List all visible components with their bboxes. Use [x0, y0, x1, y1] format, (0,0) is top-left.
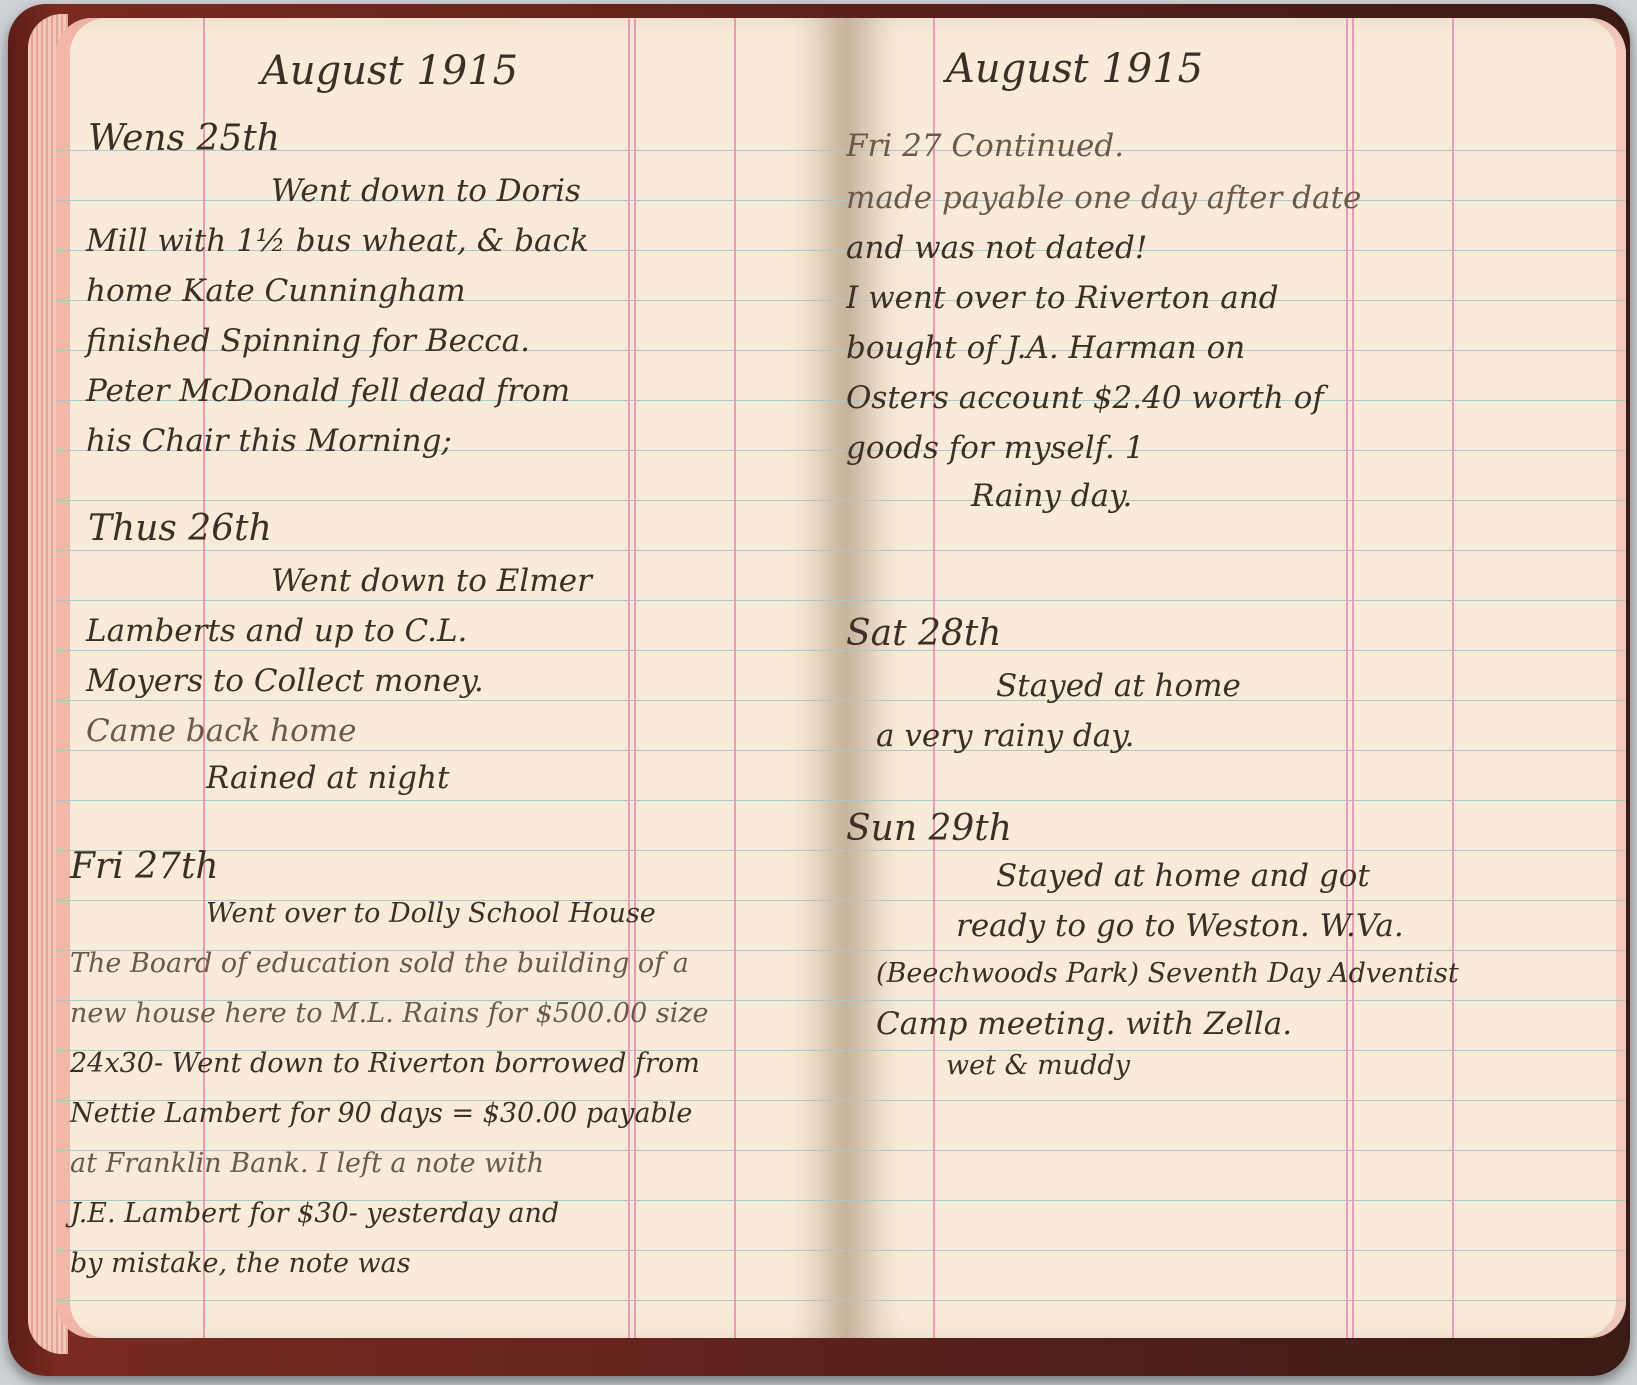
entry-line: Went down to Doris	[271, 173, 581, 209]
entry-line: ready to go to Weston. W.Va.	[956, 908, 1404, 944]
entry-line: finished Spinning for Becca.	[86, 323, 530, 359]
entry-line: Went down to Elmer	[271, 563, 592, 599]
entry-line: The Board of education sold the building…	[70, 948, 689, 979]
ruled-line	[56, 700, 846, 701]
entry-line: by mistake, the note was	[70, 1248, 411, 1279]
ruled-line	[846, 550, 1626, 551]
entry-line: Camp meeting. with Zella.	[876, 1006, 1292, 1042]
entry-line: bought of J.A. Harman on	[846, 330, 1245, 366]
ruled-line	[846, 900, 1626, 901]
entry-line: Stayed at home and got	[996, 858, 1370, 894]
entry-line: goods for myself. 1	[846, 430, 1144, 466]
margin-rule	[933, 18, 935, 1338]
ruled-line	[56, 750, 846, 751]
entry-line: Mill with 1½ bus wheat, & back	[86, 223, 589, 259]
entry-date: Sun 29th	[846, 808, 1012, 849]
ruled-line	[846, 1200, 1626, 1201]
entry-date: Fri 27 Continued.	[846, 128, 1124, 164]
entry-line: (Beechwoods Park) Seventh Day Adventist	[876, 958, 1459, 989]
entry-line: home Kate Cunningham	[86, 273, 466, 309]
entry-date: Thus 26th	[88, 508, 272, 549]
entry-line: Nettie Lambert for 90 days = $30.00 paya…	[70, 1098, 692, 1129]
entry-line: Rainy day.	[971, 478, 1132, 514]
entry-date: Wens 25th	[88, 118, 280, 159]
entry-line: I went over to Riverton and	[846, 280, 1279, 316]
ruled-line	[846, 950, 1626, 951]
margin-rule	[634, 18, 636, 1338]
diary-book: August 1915 Wens 25th Went down to Doris…	[8, 4, 1630, 1376]
entry-line: J.E. Lambert for $30- yesterday and	[70, 1198, 559, 1229]
entry-line: and was not dated!	[846, 230, 1147, 266]
ruled-line	[846, 600, 1626, 601]
entry-line: Came back home	[86, 713, 357, 749]
ruled-line	[56, 1300, 846, 1301]
ruled-line	[846, 1000, 1626, 1001]
ruled-line	[56, 650, 846, 651]
ruled-line	[56, 800, 846, 801]
ruled-line	[56, 500, 846, 501]
entry-line: wet & muddy	[946, 1050, 1130, 1081]
page-header: August 1915	[261, 48, 518, 94]
entry-line: Lamberts and up to C.L.	[86, 613, 467, 649]
entry-date: Fri 27th	[70, 846, 219, 887]
margin-rule	[734, 18, 736, 1338]
ruled-line	[846, 1100, 1626, 1101]
page-header: August 1915	[946, 46, 1203, 92]
entry-line: a very rainy day.	[876, 718, 1135, 754]
ruled-line	[846, 850, 1626, 851]
ruled-line	[56, 600, 846, 601]
entry-line: Moyers to Collect money.	[86, 663, 484, 699]
entry-line: new house here to M.L. Rains for $500.00…	[70, 998, 709, 1029]
entry-line: Stayed at home	[996, 668, 1241, 704]
margin-rule	[628, 18, 630, 1338]
entry-line: 24x30- Went down to Riverton borrowed fr…	[70, 1048, 700, 1079]
entry-line: his Chair this Morning;	[86, 423, 452, 459]
entry-line: Went over to Dolly School House	[206, 898, 656, 929]
ruled-line	[846, 500, 1626, 501]
entry-date: Sat 28th	[846, 613, 1002, 654]
left-page: August 1915 Wens 25th Went down to Doris…	[56, 18, 846, 1338]
margin-rule	[1452, 18, 1454, 1338]
margin-rule	[1352, 18, 1354, 1338]
entry-line: Peter McDonald fell dead from	[86, 373, 570, 409]
margin-rule	[1346, 18, 1348, 1338]
entry-line: made payable one day after date	[846, 180, 1361, 216]
entry-line: Osters account $2.40 worth of	[846, 380, 1324, 416]
ruled-line	[846, 800, 1626, 801]
right-page: August 1915 Fri 27 Continued. made payab…	[846, 18, 1626, 1338]
entry-line: at Franklin Bank. I left a note with	[70, 1148, 544, 1179]
entry-line: Rained at night	[206, 760, 449, 796]
ruled-line	[846, 1300, 1626, 1301]
ruled-line	[846, 1250, 1626, 1251]
ruled-line	[846, 1150, 1626, 1151]
ruled-line	[56, 550, 846, 551]
